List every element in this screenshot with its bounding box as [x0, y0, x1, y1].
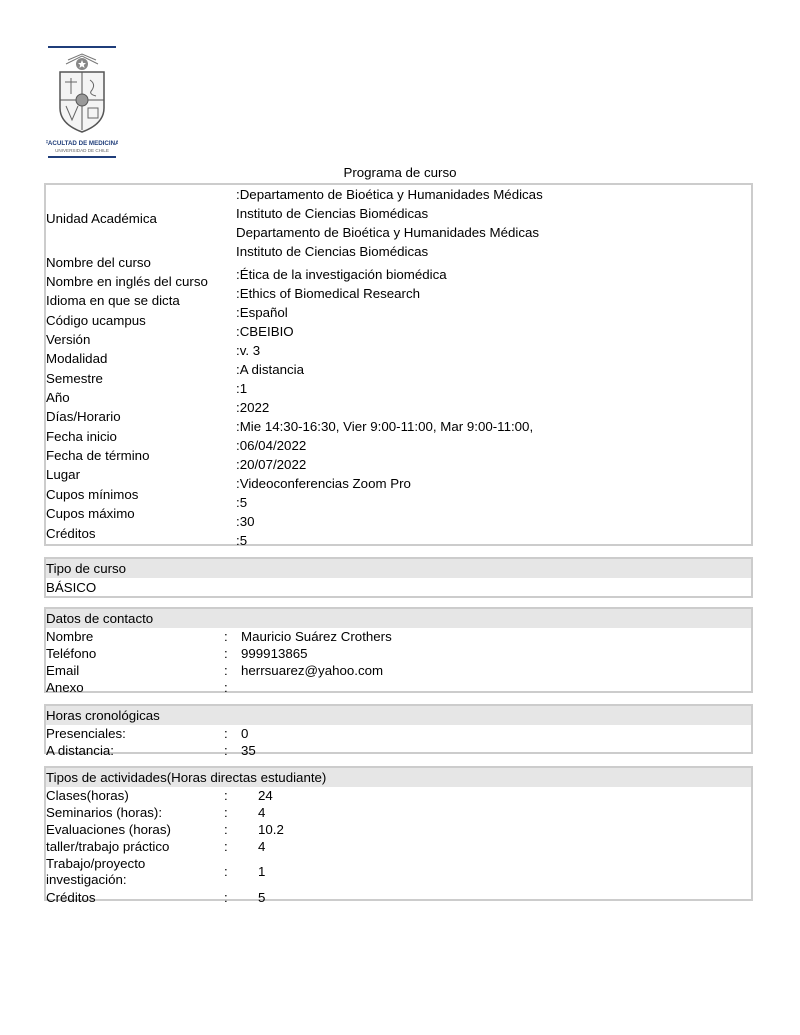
- row-separator: :: [224, 787, 228, 804]
- field-label: Lugar: [46, 465, 80, 484]
- field-label: Año: [46, 388, 70, 407]
- row-label: Evaluaciones (horas): [46, 821, 171, 838]
- row-value: herrsuarez@yahoo.com: [241, 662, 383, 679]
- field-value: :Español: [236, 303, 288, 322]
- field-label: Fecha inicio: [46, 427, 117, 446]
- row-value: 35: [241, 742, 256, 759]
- row-label: Créditos: [46, 889, 96, 906]
- hours-header: Horas cronológicas: [46, 706, 751, 725]
- field-value: :Departamento de Bioética y Humanidades …: [236, 185, 543, 204]
- field-value: Departamento de Bioética y Humanidades M…: [236, 223, 539, 242]
- field-value: :v. 3: [236, 341, 260, 360]
- row-separator: :: [224, 645, 228, 662]
- row-label: Clases(horas): [46, 787, 129, 804]
- field-value: :Mie 14:30-16:30, Vier 9:00-11:00, Mar 9…: [236, 417, 533, 436]
- field-value: Instituto de Ciencias Biomédicas: [236, 242, 428, 261]
- table-row: Anexo:: [46, 679, 751, 696]
- field-value: Instituto de Ciencias Biomédicas: [236, 204, 428, 223]
- row-value: 24: [258, 787, 273, 804]
- row-label: A distancia:: [46, 742, 114, 759]
- row-value: Mauricio Suárez Crothers: [241, 628, 392, 645]
- row-separator: :: [224, 628, 228, 645]
- field-value: :1: [236, 379, 247, 398]
- table-row: Email:herrsuarez@yahoo.com: [46, 662, 751, 679]
- field-value: :20/07/2022: [236, 455, 306, 474]
- row-separator: :: [224, 804, 228, 821]
- course-type-header: Tipo de curso: [46, 559, 751, 578]
- hours-section: Horas cronológicas Presenciales::0A dist…: [44, 704, 753, 754]
- table-row: Trabajo/proyecto investigación::1: [46, 855, 751, 889]
- row-separator: :: [224, 889, 228, 906]
- field-value: :Ethics of Biomedical Research: [236, 284, 420, 303]
- field-label: Fecha de término: [46, 446, 149, 465]
- table-row: Seminarios (horas)::4: [46, 804, 751, 821]
- field-label: Modalidad: [46, 349, 107, 368]
- row-label: Presenciales:: [46, 725, 126, 742]
- row-label: Anexo: [46, 679, 84, 696]
- row-label: Nombre: [46, 628, 93, 645]
- row-separator: :: [224, 838, 228, 855]
- field-label: Créditos: [46, 524, 96, 543]
- field-label: Versión: [46, 330, 90, 349]
- field-label: Nombre del curso: [46, 253, 151, 272]
- svg-text:FACULTAD DE MEDICINA: FACULTAD DE MEDICINA: [46, 140, 118, 147]
- course-type-section: Tipo de curso BÁSICO: [44, 557, 753, 598]
- row-label: Email: [46, 662, 79, 679]
- field-label: Código ucampus: [46, 311, 146, 330]
- row-label: taller/trabajo práctico: [46, 838, 169, 855]
- row-label: Trabajo/proyecto investigación:: [46, 856, 196, 888]
- field-value: :CBEIBIO: [236, 322, 294, 341]
- field-label: Idioma en que se dicta: [46, 291, 180, 310]
- field-label: Días/Horario: [46, 407, 121, 426]
- course-info-table: Unidad Académica:Departamento de Bioétic…: [44, 183, 753, 546]
- row-value: 4: [258, 804, 265, 821]
- field-value: :5: [236, 493, 247, 512]
- field-value: :Ética de la investigación biomédica: [236, 265, 447, 284]
- row-value: 5: [258, 889, 265, 906]
- row-label: Teléfono: [46, 645, 96, 662]
- row-value: 10.2: [258, 821, 284, 838]
- row-value: 4: [258, 838, 265, 855]
- table-row: Teléfono:999913865: [46, 645, 751, 662]
- row-separator: :: [224, 662, 228, 679]
- row-label: Seminarios (horas):: [46, 804, 162, 821]
- row-separator: :: [224, 679, 228, 696]
- row-separator: :: [224, 725, 228, 742]
- row-value: 999913865: [241, 645, 308, 662]
- contact-section: Datos de contacto Nombre:Mauricio Suárez…: [44, 607, 753, 693]
- field-value: :30: [236, 512, 255, 531]
- table-row: taller/trabajo práctico:4: [46, 838, 751, 855]
- row-value: 1: [258, 863, 265, 880]
- row-separator: :: [224, 863, 228, 880]
- faculty-logo: FACULTAD DE MEDICINA UNIVERSIDAD DE CHIL…: [46, 46, 118, 158]
- activities-section: Tipos de actividades(Horas directas estu…: [44, 766, 753, 901]
- table-row: Créditos:5: [46, 889, 751, 906]
- field-label: Cupos mínimos: [46, 485, 138, 504]
- field-value: :06/04/2022: [236, 436, 306, 455]
- svg-text:UNIVERSIDAD DE CHILE: UNIVERSIDAD DE CHILE: [55, 148, 109, 153]
- row-value: 0: [241, 725, 248, 742]
- field-value: :5: [236, 531, 247, 550]
- table-row: A distancia::35: [46, 742, 751, 759]
- field-value: :A distancia: [236, 360, 304, 379]
- field-label: Semestre: [46, 369, 103, 388]
- row-separator: :: [224, 742, 228, 759]
- page-title: Programa de curso: [0, 165, 800, 181]
- table-row: Nombre:Mauricio Suárez Crothers: [46, 628, 751, 645]
- table-row: Clases(horas):24: [46, 787, 751, 804]
- table-row: Evaluaciones (horas):10.2: [46, 821, 751, 838]
- row-separator: :: [224, 821, 228, 838]
- field-value: :Videoconferencias Zoom Pro: [236, 474, 411, 493]
- field-label: Unidad Académica: [46, 209, 157, 228]
- course-type-value: BÁSICO: [46, 578, 751, 597]
- contact-header: Datos de contacto: [46, 609, 751, 628]
- field-value: :2022: [236, 398, 269, 417]
- table-row: Presenciales::0: [46, 725, 751, 742]
- field-label: Cupos máximo: [46, 504, 135, 523]
- field-label: Nombre en inglés del curso: [46, 272, 208, 291]
- activities-header: Tipos de actividades(Horas directas estu…: [46, 768, 751, 787]
